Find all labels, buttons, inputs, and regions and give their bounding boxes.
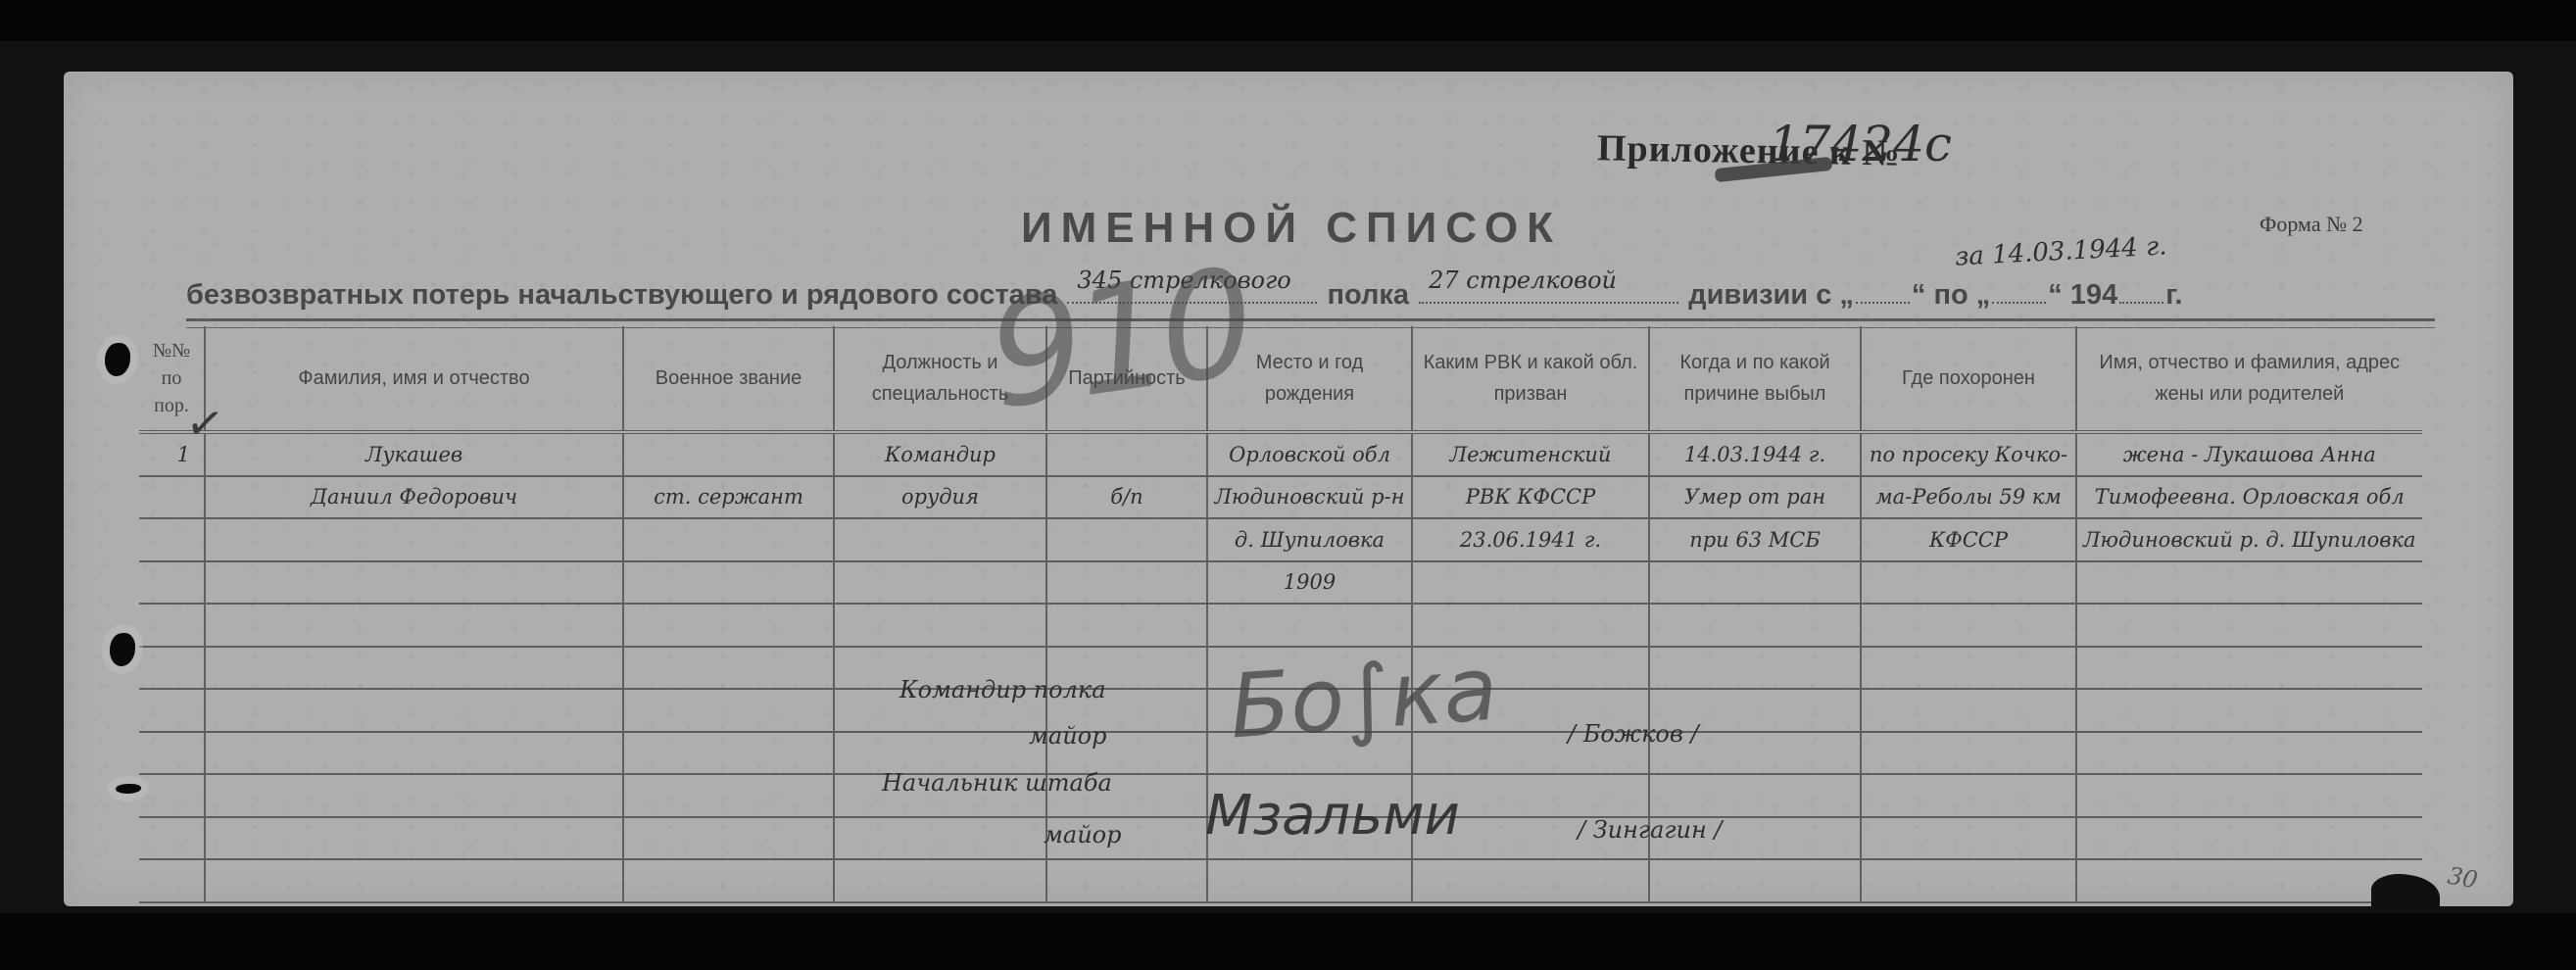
cell: [1649, 561, 1861, 605]
cell: [205, 518, 623, 561]
date-to-field: [1992, 274, 2046, 304]
chief-signature: Мзальми: [1205, 784, 1460, 848]
table-row: [139, 604, 2422, 647]
cell: [1046, 561, 1207, 605]
cell: при 63 МСБ: [1649, 518, 1861, 561]
cell: РВК КФССР: [1412, 476, 1649, 519]
chief-rank: майор: [1044, 821, 1121, 849]
subtitle-text-2: полка: [1327, 279, 1409, 311]
division-value: 27 стрелковой: [1429, 267, 1617, 294]
cell: [623, 518, 834, 561]
cell: [834, 561, 1046, 605]
form-label: Форма № 2: [2260, 212, 2363, 237]
cell: [139, 518, 205, 561]
table-row: Даниил Федорович ст. сержант орудия б/п …: [139, 476, 2422, 519]
date-from-field: [1856, 274, 1910, 304]
cell: 1909: [1207, 561, 1412, 605]
subtitle-text-5: “ 194: [2048, 279, 2117, 311]
col-header-loss: Когда и по какой причине выбыл: [1649, 326, 1861, 432]
col-header-name: Фамилия, имя и отчество: [205, 326, 623, 432]
cell: Тимофеевна. Орловская обл: [2076, 476, 2422, 519]
cell: Лежитенский: [1412, 432, 1649, 476]
cell: [1861, 561, 2076, 605]
col-header-relatives: Имя, отчество и фамилия, адрес жены или …: [2076, 326, 2422, 432]
cell: [1046, 432, 1207, 476]
commander-name: / Божков /: [1568, 720, 1699, 748]
cell: 14.03.1944 г.: [1649, 432, 1861, 476]
subtitle-text-6: г.: [2165, 279, 2182, 311]
cell: Даниил Федорович: [205, 476, 623, 519]
cell: [623, 432, 834, 476]
cell: Умер от ран: [1649, 476, 1861, 519]
cell: [623, 561, 834, 605]
cell: [205, 561, 623, 605]
cell: Людиновский р-н: [1207, 476, 1412, 519]
document-subtitle: безвозвратных потерь начальствующего и р…: [186, 274, 2440, 312]
cell: б/п: [1046, 476, 1207, 519]
cell: 23.06.1941 г.: [1412, 518, 1649, 561]
cell: [139, 476, 205, 519]
cell: Людиновский р. д. Шупиловка: [2076, 518, 2422, 561]
cell: орудия: [834, 476, 1046, 519]
table-header-row: №№ по пор. Фамилия, имя и отчество Военн…: [139, 326, 2422, 432]
cell: [1046, 518, 1207, 561]
cell: [139, 561, 205, 605]
subtitle-text-3: дивизии с „: [1688, 279, 1854, 311]
commander-title: Командир полка: [899, 676, 1106, 703]
table-row: д. Шупиловка 23.06.1941 г. при 63 МСБ КФ…: [139, 518, 2422, 561]
check-mark-icon: ✓: [182, 395, 227, 453]
cell: [1412, 561, 1649, 605]
page-number: 30: [2446, 862, 2480, 895]
cell: по просеку Кочко-: [1861, 432, 2076, 476]
chief-title: Начальник штаба: [882, 769, 1112, 797]
cell: Лукашев: [205, 432, 623, 476]
appendix-number: 17424с: [1769, 116, 1952, 172]
year-field: [2119, 274, 2163, 304]
division-field: 27 стрелковой: [1419, 274, 1678, 304]
table-row: 1 Лукашев Командир Орловской обл Лежитен…: [139, 432, 2422, 476]
cell: д. Шупиловка: [1207, 518, 1412, 561]
subtitle-text-1: безвозвратных потерь начальствующего и р…: [186, 279, 1057, 311]
commander-signature: Бо∫ка: [1227, 638, 1501, 759]
table-row: [139, 859, 2422, 902]
page-title: ИМЕННОЙ СПИСОК: [1021, 204, 1562, 253]
commander-rank: майор: [1029, 722, 1106, 750]
cell: ст. сержант: [623, 476, 834, 519]
cell: КФССР: [1861, 518, 2076, 561]
cell: [834, 518, 1046, 561]
col-header-burial: Где похоронен: [1861, 326, 2076, 432]
col-header-rank: Военное звание: [623, 326, 834, 432]
pencil-mark: 910: [979, 238, 1257, 443]
subtitle-text-4: “ по „: [1912, 279, 1990, 311]
cell: [2076, 561, 2422, 605]
cell: Орловской обл: [1207, 432, 1412, 476]
table-row: 1909: [139, 561, 2422, 605]
chief-name: / Зингагин /: [1578, 816, 1722, 844]
col-header-draft: Каким РВК и какой обл. призван: [1412, 326, 1649, 432]
cell: ма-Реболы 59 км: [1861, 476, 2076, 519]
cell: жена - Лукашова Анна: [2076, 432, 2422, 476]
